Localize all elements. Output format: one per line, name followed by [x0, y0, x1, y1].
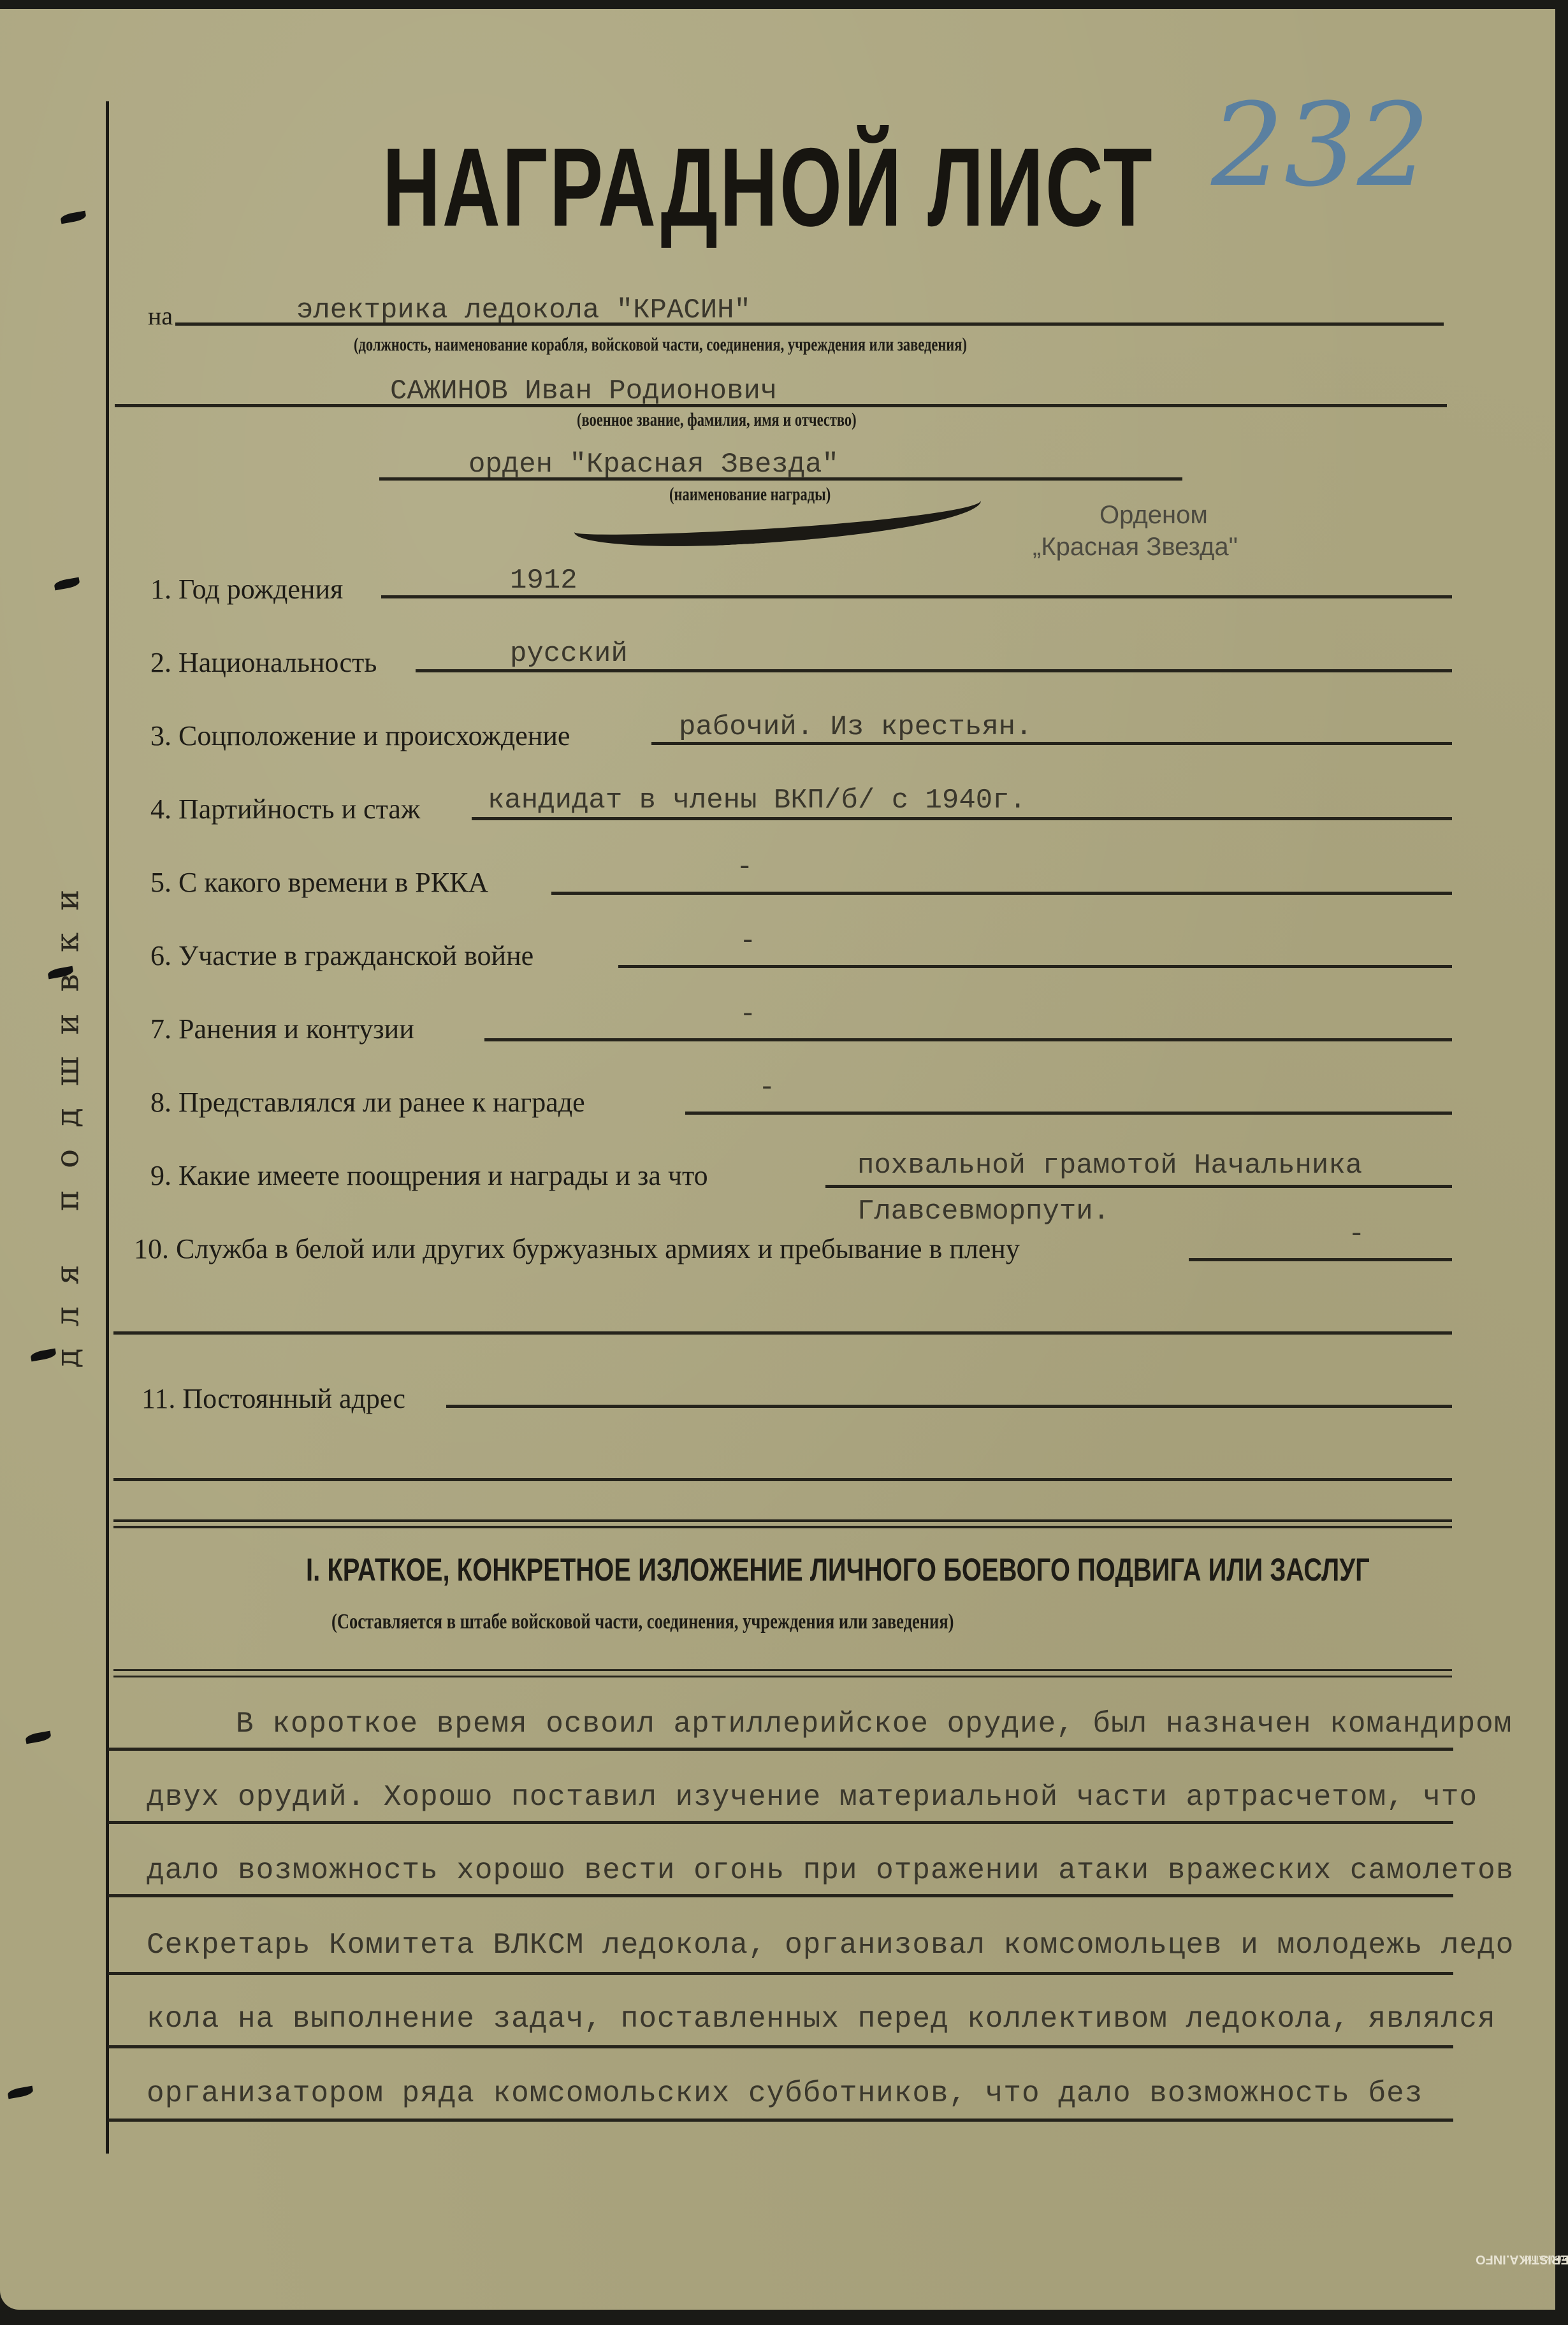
- paragraph-underline: [108, 1894, 1453, 1897]
- handwritten-number: 232: [1211, 79, 1430, 212]
- field-label: 8. Представлялся ли ранее к награде: [150, 1086, 585, 1119]
- field-underline: [446, 1405, 1452, 1408]
- blank-underline: [113, 1331, 1452, 1335]
- award-underline: [379, 477, 1182, 481]
- field-label: 10. Служба в белой или других буржуазных…: [134, 1233, 1020, 1265]
- field-value: русский: [510, 638, 628, 670]
- paragraph-underline: [108, 2045, 1453, 2048]
- field-value: похвальной грамотой Начальника: [857, 1150, 1362, 1182]
- recipient-name-value: САЖИНОВ Иван Родионович: [390, 375, 777, 407]
- position-underline: [175, 322, 1444, 326]
- field-underline: [1189, 1258, 1452, 1261]
- field-underline: [618, 965, 1452, 968]
- binding-margin-text: для подшивки: [48, 868, 85, 1368]
- punch-hole-icon: [25, 1731, 52, 1744]
- watermark-url: https://faleristika.info/: [1488, 2254, 1568, 2264]
- document-title: НАГРАДНОЙ ЛИСТ: [382, 124, 1154, 252]
- field-label: 9. Какие имеете поощрения и награды и за…: [150, 1159, 708, 1192]
- field-value: рабочий. Из крестьян.: [679, 711, 1033, 743]
- paragraph-line: кола на выполнение задач, поставленных п…: [147, 2003, 1496, 2036]
- field-underline: [825, 1185, 1452, 1188]
- field-label: 4. Партийность и стаж: [150, 793, 420, 825]
- watermark: FALERISTIKA.INFO https://faleristika.inf…: [1520, 2201, 1558, 2316]
- paragraph-underline: [108, 1821, 1453, 1824]
- field-value: кандидат в члены ВКП/б/ с 1940г.: [488, 785, 1026, 816]
- binding-margin-label: для подшивки: [38, 895, 96, 1341]
- field-value: -: [736, 851, 753, 883]
- paragraph-underline: [108, 1972, 1453, 1975]
- punch-hole-icon: [54, 577, 80, 591]
- punch-hole-icon: [7, 2086, 34, 2099]
- name-caption: (военное звание, фамилия, имя и отчество…: [577, 409, 857, 431]
- paragraph-line: организатором ряда комсомольских субботн…: [147, 2077, 1423, 2110]
- na-label: на: [148, 301, 173, 331]
- field-underline: [416, 669, 1452, 672]
- field-label: 5. С какого времени в РККА: [150, 866, 488, 899]
- field-underline: [651, 742, 1452, 745]
- position-value: электрика ледокола "КРАСИН": [296, 294, 751, 326]
- field-label: 3. Соцположение и происхождение: [150, 720, 570, 752]
- left-margin-rule: [106, 101, 109, 2154]
- paragraph-underline: [108, 2119, 1453, 2122]
- paragraph-line: В короткое время освоил артиллерийское о…: [236, 1707, 1512, 1741]
- section-divider: [113, 1519, 1452, 1522]
- field-label: 1. Год рождения: [150, 573, 343, 605]
- field-value: -: [1348, 1219, 1365, 1250]
- field-underline: [685, 1112, 1452, 1115]
- field-value: -: [739, 925, 756, 957]
- field-value: -: [759, 1072, 775, 1104]
- punch-hole-icon: [60, 211, 87, 224]
- field-underline: [551, 892, 1452, 895]
- paragraph-line: двух орудий. Хорошо поставил изучение ма…: [147, 1781, 1477, 1814]
- field-underline: [381, 595, 1452, 598]
- field-underline: [484, 1038, 1452, 1041]
- name-underline: [115, 404, 1447, 407]
- award-stamp-line1: Орденом: [1100, 501, 1208, 530]
- award-value: орден "Красная Звезда": [468, 449, 839, 481]
- field-value: 1912: [510, 565, 577, 597]
- paragraph-underline: [108, 1748, 1453, 1751]
- field-label: 11. Постоянный адрес: [142, 1382, 405, 1415]
- section-title: I. КРАТКОЕ, КОНКРЕТНОЕ ИЗЛОЖЕНИЕ ЛИЧНОГО…: [306, 1551, 1370, 1588]
- field-label: 7. Ранения и контузии: [150, 1013, 414, 1045]
- paragraph-line: дало возможность хорошо вести огонь при …: [147, 1854, 1514, 1887]
- paragraph-line: Секретарь Комитета ВЛКСМ ледокола, орган…: [147, 1929, 1514, 1962]
- award-stamp-line2: „Красная Звезда": [1033, 533, 1238, 561]
- award-sheet-page: для подшивки НАГРАДНОЙ ЛИСТ 232 на элект…: [0, 9, 1555, 2310]
- position-caption: (должность, наименование корабля, войско…: [354, 334, 967, 356]
- blank-underline: [113, 1478, 1452, 1481]
- strikethrough-mark: [572, 479, 982, 553]
- field-value-continued: Главсевморпути.: [857, 1196, 1110, 1228]
- section-subtitle: (Составляется в штабе войсковой части, с…: [331, 1610, 954, 1634]
- field-label: 2. Национальность: [150, 646, 377, 679]
- section-divider: [113, 1669, 1452, 1671]
- field-value: -: [739, 999, 756, 1031]
- field-underline: [472, 817, 1452, 820]
- field-label: 6. Участие в гражданской войне: [150, 939, 534, 972]
